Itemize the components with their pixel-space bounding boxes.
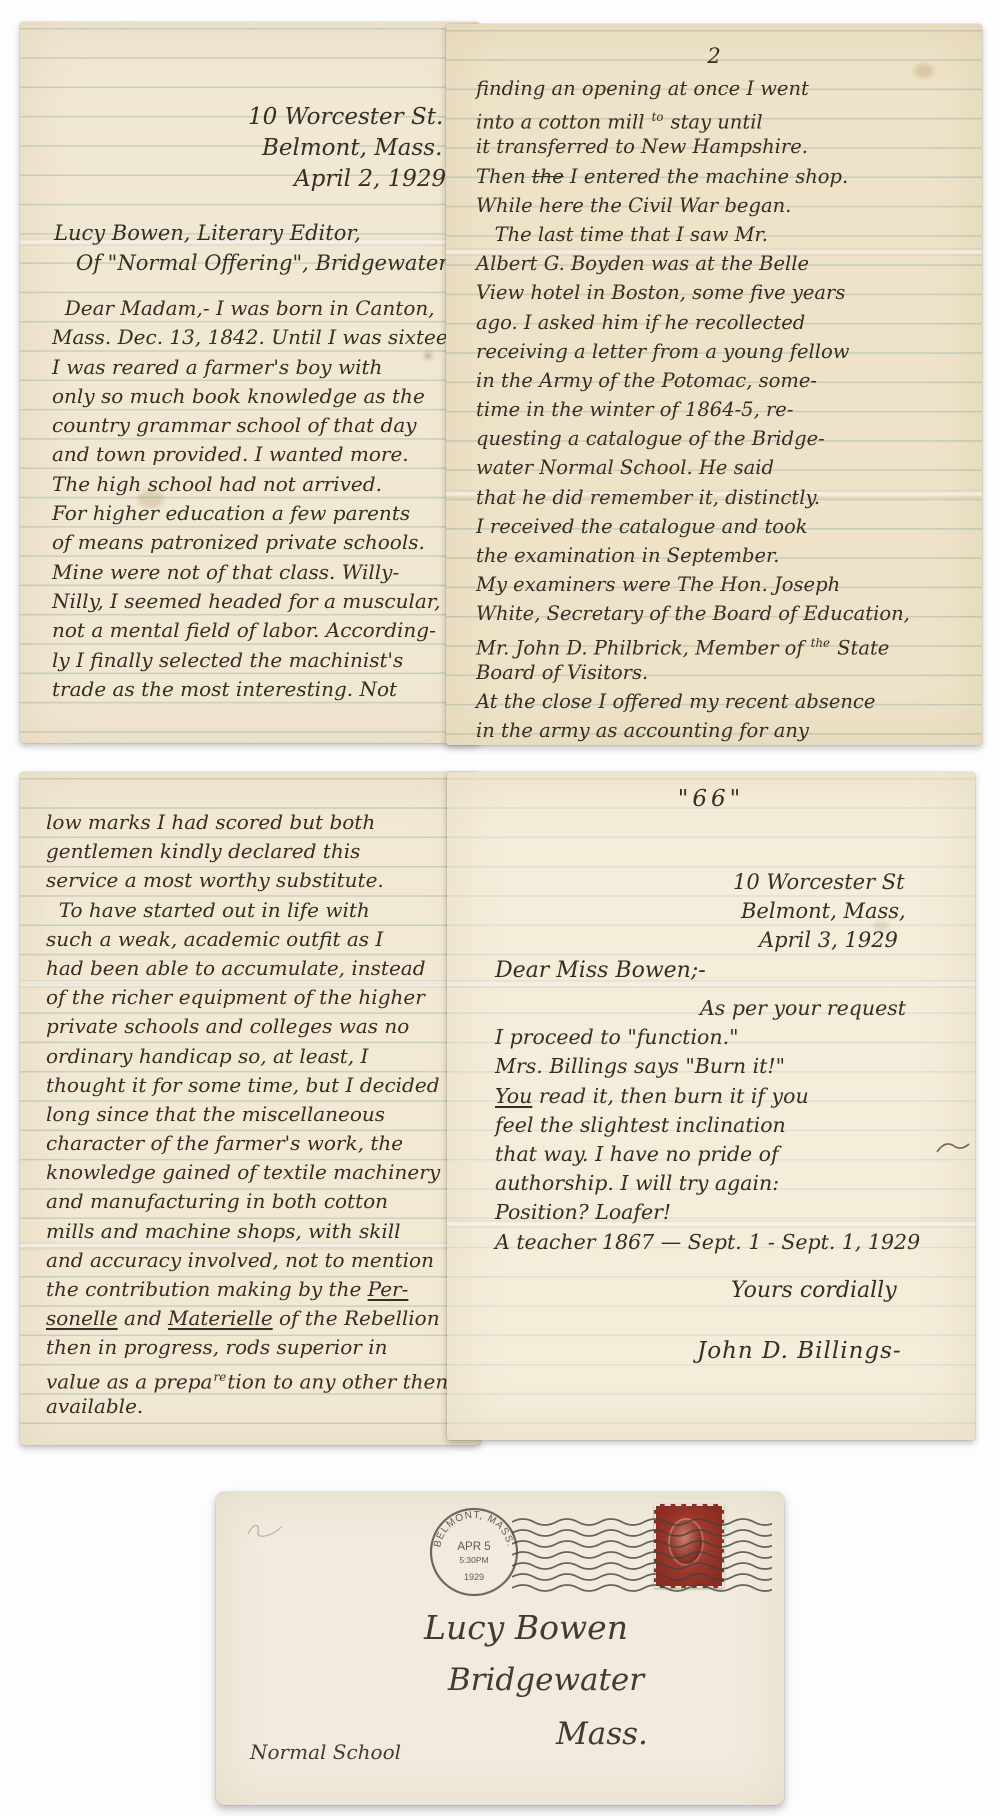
handwritten-line: of the richer equipment of the higher — [46, 983, 470, 1012]
handwritten-line: country grammar school of that day — [52, 411, 467, 440]
handwritten-line: Belmont, Mass. — [262, 133, 446, 164]
handwritten-line: low marks I had scored but both — [46, 808, 470, 837]
envelope: BELMONT, MASS. APR 5 5:30PM 1929 Lucy Bo… — [216, 1492, 784, 1805]
recipient-block: Lucy Bowen, Literary Editor,Of "Normal O… — [54, 218, 453, 278]
handwritten-line: that way. I have no pride of — [495, 1140, 967, 1169]
handwritten-line: that he did remember it, distinctly. — [476, 483, 968, 512]
handwritten-line: not a mental field of labor. According- — [52, 616, 467, 645]
handwritten-line: thought it for some time, but I decided — [46, 1071, 470, 1100]
handwritten-line: sonelle and Materielle of the Rebellion — [46, 1304, 470, 1333]
handwritten-line: into a cotton mill to stay until — [476, 103, 968, 132]
handwritten-line: ly I finally selected the machinist's — [52, 646, 467, 675]
handwritten-line: receiving a letter from a young fellow — [476, 337, 968, 366]
pencil-mark — [244, 1518, 288, 1540]
handwritten-line: and manufacturing in both cotton — [46, 1187, 470, 1216]
handwritten-line: in the army as accounting for any — [476, 716, 968, 745]
handwritten-line: value as a preparetion to any other then — [46, 1363, 470, 1392]
handwritten-line: To have started out in life with — [46, 896, 470, 925]
handwritten-line: 10 Worcester St — [733, 868, 906, 897]
handwritten-line: For higher education a few parents — [52, 499, 467, 528]
handwritten-line: mills and machine shops, with skill — [46, 1217, 470, 1246]
handwritten-line: 10 Worcester St. — [248, 102, 446, 133]
handwritten-line: Of "Normal Offering", Bridgewater. — [76, 248, 453, 278]
handwritten-line: I proceed to "function." — [495, 1023, 967, 1052]
sender-address-block: 10 Worcester StBelmont, Mass,April 3, 19… — [733, 868, 906, 955]
signature: John D. Billings- — [697, 1338, 902, 1364]
handwritten-line: Mrs. Billings says "Burn it!" — [495, 1052, 967, 1081]
handwritten-line: gentlemen kindly declared this — [46, 837, 470, 866]
handwritten-line: water Normal School. He said — [476, 453, 968, 482]
postmark: BELMONT, MASS. APR 5 5:30PM 1929 — [428, 1506, 520, 1598]
postmark-date: APR 5 — [457, 1541, 490, 1553]
cancellation-waves — [512, 1518, 772, 1594]
handwritten-line: Board of Visitors. — [476, 658, 968, 687]
handwritten-line: You read it, then burn it if you — [495, 1082, 967, 1111]
handwritten-line: such a weak, academic outfit as I — [46, 925, 470, 954]
handwritten-line: Then the I entered the machine shop. — [476, 162, 968, 191]
handwritten-line: only so much book knowledge as the — [52, 382, 467, 411]
handwritten-line: Position? Loafer! — [495, 1198, 967, 1227]
handwritten-line: questing a catalogue of the Bridge- — [476, 424, 968, 453]
letter-page-2: 2 finding an opening at once I wentinto … — [446, 24, 982, 745]
address-line-name: Lucy Bowen — [366, 1608, 686, 1647]
letter-body: low marks I had scored but bothgentlemen… — [46, 808, 470, 1421]
handwritten-line: private schools and colleges was no — [46, 1012, 470, 1041]
handwritten-line: feel the slightest inclination — [495, 1111, 967, 1140]
handwritten-line: character of the farmer's work, the — [46, 1129, 470, 1158]
handwritten-line: and town provided. I wanted more. — [52, 440, 467, 469]
handwritten-line: and accuracy involved, not to mention — [46, 1246, 470, 1275]
postmark-year: 1929 — [464, 1572, 484, 1582]
handwritten-line: trade as the most interesting. Not — [52, 675, 467, 704]
handwritten-line: Nilly, I seemed headed for a muscular, — [52, 587, 467, 616]
letter-page-3: low marks I had scored but bothgentlemen… — [20, 772, 480, 1445]
scanned-letters-collage: 10 Worcester St.Belmont, Mass.April 2, 1… — [0, 0, 1000, 1816]
handwritten-line: time in the winter of 1864-5, re- — [476, 395, 968, 424]
handwritten-line: long since that the miscellaneous — [46, 1100, 470, 1129]
handwritten-line: then in progress, rods superior in — [46, 1333, 470, 1362]
handwritten-line: Dear Madam,- I was born in Canton, — [52, 294, 467, 323]
handwritten-line: Mr. John D. Philbrick, Member of the Sta… — [476, 629, 968, 658]
handwritten-line: Albert G. Boyden was at the Belle — [476, 249, 968, 278]
letter-body: Dear Madam,- I was born in Canton,Mass. … — [52, 294, 467, 704]
handwritten-line: The high school had not arrived. — [52, 470, 467, 499]
handwritten-line: Belmont, Mass, — [741, 897, 906, 926]
handwritten-line: ordinary handicap so, at least, I — [46, 1042, 470, 1071]
handwritten-line: A teacher 1867 — Sept. 1 - Sept. 1, 1929 — [495, 1228, 967, 1257]
handwritten-line: April 3, 1929 — [759, 926, 906, 955]
handwritten-line: As per your request — [700, 994, 967, 1023]
handwritten-line: had been able to accumulate, instead — [46, 954, 470, 983]
handwritten-line: View hotel in Boston, some five years — [476, 278, 968, 307]
handwritten-line: Lucy Bowen, Literary Editor, — [54, 218, 453, 248]
letter-body: finding an opening at once I wentinto a … — [476, 74, 968, 745]
postmark-time: 5:30PM — [459, 1555, 488, 1565]
letter-page-4: "66" 10 Worcester StBelmont, Mass,April … — [447, 772, 975, 1440]
handwritten-line: of means patronized private schools. — [52, 528, 467, 557]
handwritten-line: April 2, 1929 — [294, 164, 446, 195]
handwritten-line: Mass. Dec. 13, 1842. Until I was sixteen — [52, 323, 467, 352]
handwritten-line: ago. I asked him if he recollected — [476, 308, 968, 337]
handwritten-line: it transferred to New Hampshire. — [476, 132, 968, 161]
address-line-city: Bridgewater — [386, 1662, 706, 1698]
page-number: 2 — [446, 44, 982, 68]
handwritten-line: While here the Civil War began. — [476, 191, 968, 220]
handwritten-line: knowledge gained of textile machinery — [46, 1158, 470, 1187]
handwritten-line: I was reared a farmer's boy with — [52, 353, 467, 382]
handwritten-line: in the Army of the Potomac, some- — [476, 366, 968, 395]
handwritten-line: the contribution making by the Per- — [46, 1275, 470, 1304]
letter-body: As per your requestI proceed to "functio… — [495, 994, 967, 1257]
handwritten-line: the examination in September. — [476, 541, 968, 570]
sender-address-block: 10 Worcester St.Belmont, Mass.April 2, 1… — [248, 102, 446, 195]
handwritten-line: I received the catalogue and took — [476, 512, 968, 541]
handwritten-line: available. — [46, 1392, 470, 1421]
handwritten-line: White, Secretary of the Board of Educati… — [476, 599, 968, 628]
page-label: "66" — [447, 786, 975, 812]
letter-page-1: 10 Worcester St.Belmont, Mass.April 2, 1… — [20, 22, 479, 743]
handwritten-line: My examiners were The Hon. Joseph — [476, 570, 968, 599]
closing: Yours cordially — [731, 1278, 897, 1303]
handwritten-line: The last time that I saw Mr. — [476, 220, 968, 249]
pen-flourish — [935, 1140, 971, 1158]
corner-note: Normal School — [250, 1740, 401, 1764]
handwritten-line: service a most worthy substitute. — [46, 866, 470, 895]
handwritten-line: Mine were not of that class. Willy- — [52, 558, 467, 587]
handwritten-line: At the close I offered my recent absence — [476, 687, 968, 716]
handwritten-line: finding an opening at once I went — [476, 74, 968, 103]
handwritten-line: authorship. I will try again: — [495, 1169, 967, 1198]
address-line-state: Mass. — [556, 1716, 648, 1752]
salutation: Dear Miss Bowen;- — [495, 958, 706, 983]
